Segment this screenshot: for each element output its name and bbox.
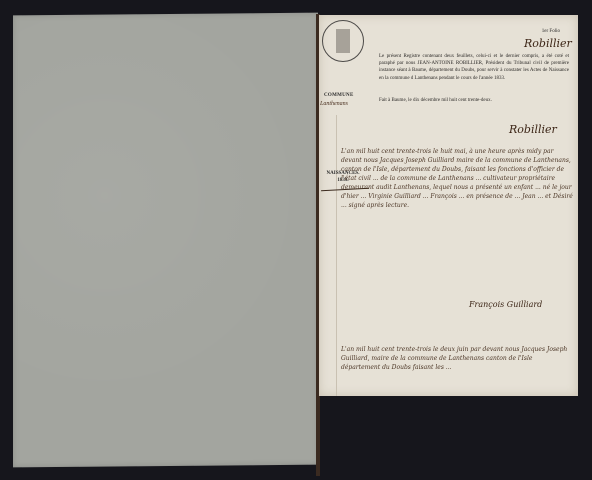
register-page: 1er Folio Robillier Le présent Registre …	[319, 15, 578, 396]
left-page-cover	[13, 13, 318, 468]
handwritten-act-1: L'an mil huit cent trente-trois le huit …	[341, 147, 573, 297]
handwritten-act-2: L'an mil huit cent trente-trois le deux …	[341, 345, 573, 390]
commune-label: COMMUNE	[324, 93, 354, 98]
bottom-signature: Robillier	[509, 123, 557, 136]
folio-number: 1er Folio	[542, 29, 560, 34]
margin-rule	[336, 115, 337, 396]
act-1-signature: François Guilliard	[469, 300, 542, 309]
printed-footer: Fait à Baume, le dix décembre mil huit c…	[379, 97, 569, 104]
commune-name: Lanthenans	[320, 101, 348, 107]
printed-header: Le présent Registre contenant deux feuil…	[379, 53, 569, 82]
seal-stamp-icon	[322, 20, 364, 62]
top-signature: Robillier	[524, 37, 572, 50]
